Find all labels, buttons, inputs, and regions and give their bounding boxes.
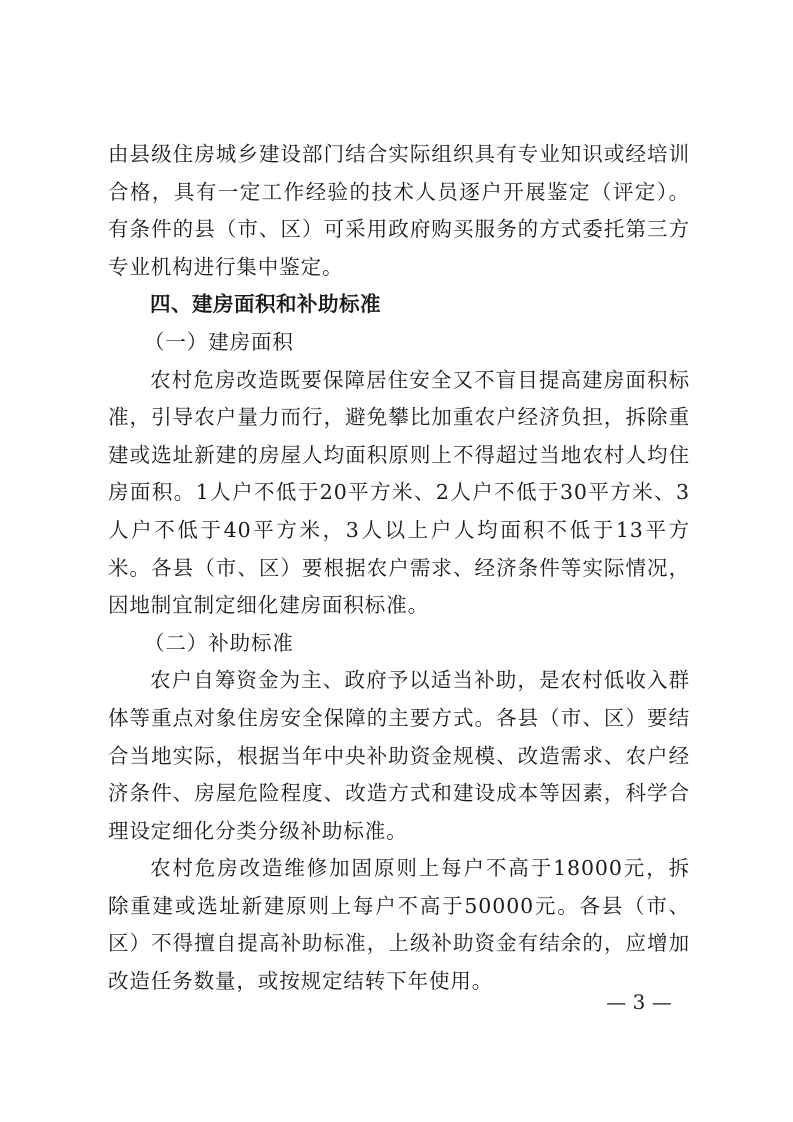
paragraph-appraisal: 由县级住房城乡建设部门结合实际组织具有专业知识或经培训合格，具有一定工作经验的技… (108, 136, 690, 286)
subheading-subsidy-standard: （二）补助标准 (108, 625, 690, 663)
subheading-building-area: （一）建房面积 (108, 324, 690, 362)
document-page: 由县级住房城乡建设部门结合实际组织具有专业知识或经培训合格，具有一定工作经验的技… (108, 136, 690, 1001)
paragraph-building-area: 农村危房改造既要保障居住安全又不盲目提高建房面积标准，引导农户量力而行，避免攀比… (108, 362, 690, 625)
page-number: — 3 — (594, 990, 684, 1014)
section-heading-building-area-and-subsidy: 四、建房面积和补助标准 (108, 286, 690, 324)
paragraph-subsidy-principle: 农户自筹资金为主、政府予以适当补助，是农村低收入群体等重点对象住房安全保障的主要… (108, 662, 690, 850)
paragraph-subsidy-amounts: 农村危房改造维修加固原则上每户不高于18000元，拆除重建或选址新建原则上每户不… (108, 850, 690, 1000)
